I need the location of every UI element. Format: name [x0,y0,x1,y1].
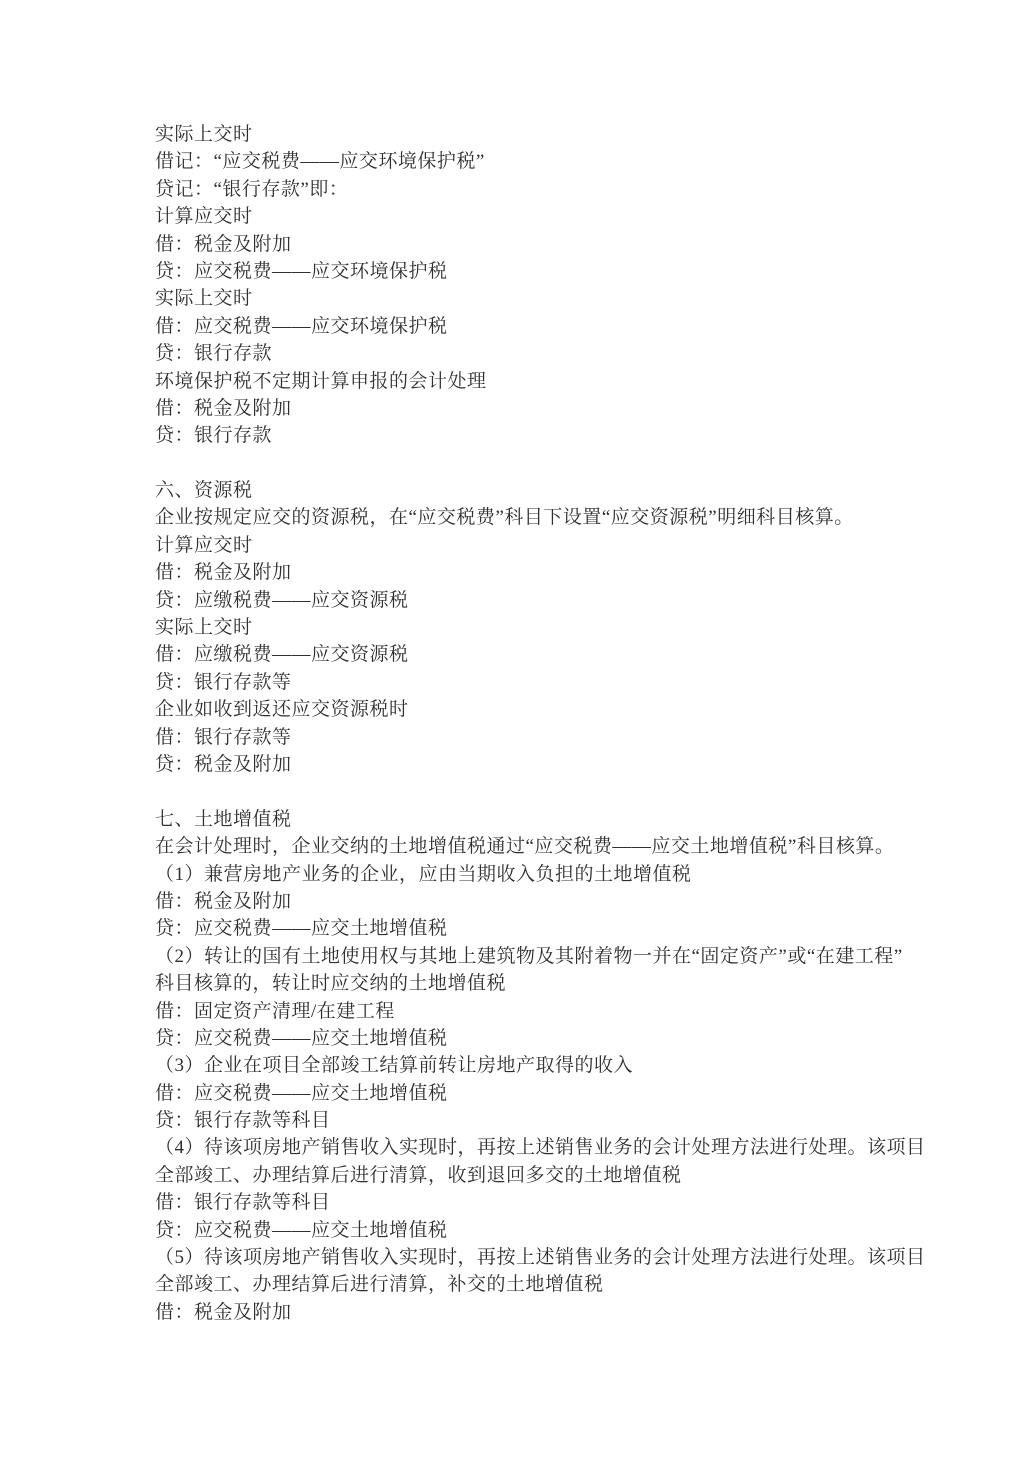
text-line: 贷记：“银行存款”即： [155,176,895,203]
text-line: 借：税金及附加 [155,559,895,586]
text-line: 贷：应交税费——应交土地增值税 [155,1025,895,1052]
text-line: 借：应缴税费——应交资源税 [155,641,895,668]
text-line: 借：税金及附加 [155,1299,895,1326]
text-line: 实际上交时 [155,614,895,641]
text-line: 贷：税金及附加 [155,751,895,778]
text-line: （2）转让的国有土地使用权与其地上建筑物及其附着物一并在“固定资产”或“在建工程… [155,943,895,970]
text-line: 全部竣工、办理结算后进行清算，补交的土地增值税 [155,1271,895,1298]
text-line: 贷：银行存款等 [155,669,895,696]
text-line: 贷：银行存款 [155,422,895,449]
text-line: 贷：应交税费——应交环境保护税 [155,258,895,285]
section-heading-resource-tax: 六、资源税 [155,477,895,504]
text-line: （1）兼营房地产业务的企业，应由当期收入负担的土地增值税 [155,861,895,888]
text-line: 计算应交时 [155,532,895,559]
text-line: （3）企业在项目全部竣工结算前转让房地产取得的收入 [155,1052,895,1079]
text-line: 实际上交时 [155,285,895,312]
text-line: 借：税金及附加 [155,888,895,915]
text-line: 企业如收到返还应交资源税时 [155,696,895,723]
text-line: 在会计处理时，企业交纳的土地增值税通过“应交税费——应交土地增值税”科目核算。 [155,833,895,860]
text-line: 贷：应交税费——应交土地增值税 [155,1217,895,1244]
text-line: 借：税金及附加 [155,395,895,422]
text-line: 借记：“应交税费——应交环境保护税” [155,148,895,175]
blank-line [155,778,895,805]
text-line: 科目核算的，转让时应交纳的土地增值税 [155,970,895,997]
text-line: 借：银行存款等科目 [155,1189,895,1216]
text-line: 实际上交时 [155,121,895,148]
document-text-block: 实际上交时 借记：“应交税费——应交环境保护税” 贷记：“银行存款”即： 计算应… [155,121,895,1326]
text-line: 全部竣工、办理结算后进行清算，收到退回多交的土地增值税 [155,1162,895,1189]
text-line: 环境保护税不定期计算申报的会计处理 [155,368,895,395]
text-line: 贷：银行存款 [155,340,895,367]
text-line: （5）待该项房地产销售收入实现时，再按上述销售业务的会计处理方法进行处理。该项目 [155,1244,895,1271]
text-line: 贷：应交税费——应交土地增值税 [155,915,895,942]
text-line: （4）待该项房地产销售收入实现时，再按上述销售业务的会计处理方法进行处理。该项目 [155,1134,895,1161]
text-line: 借：税金及附加 [155,231,895,258]
blank-line [155,450,895,477]
text-line: 借：固定资产清理/在建工程 [155,998,895,1025]
text-line: 贷：银行存款等科目 [155,1107,895,1134]
text-line: 借：银行存款等 [155,724,895,751]
section-heading-land-value-increment-tax: 七、土地增值税 [155,806,895,833]
text-line: 借：应交税费——应交土地增值税 [155,1080,895,1107]
text-line: 贷：应缴税费——应交资源税 [155,587,895,614]
document-page: 实际上交时 借记：“应交税费——应交环境保护税” 贷记：“银行存款”即： 计算应… [0,0,1036,1465]
text-line: 企业按规定应交的资源税，在“应交税费”科目下设置“应交资源税”明细科目核算。 [155,504,895,531]
text-line: 计算应交时 [155,203,895,230]
text-line: 借：应交税费——应交环境保护税 [155,313,895,340]
